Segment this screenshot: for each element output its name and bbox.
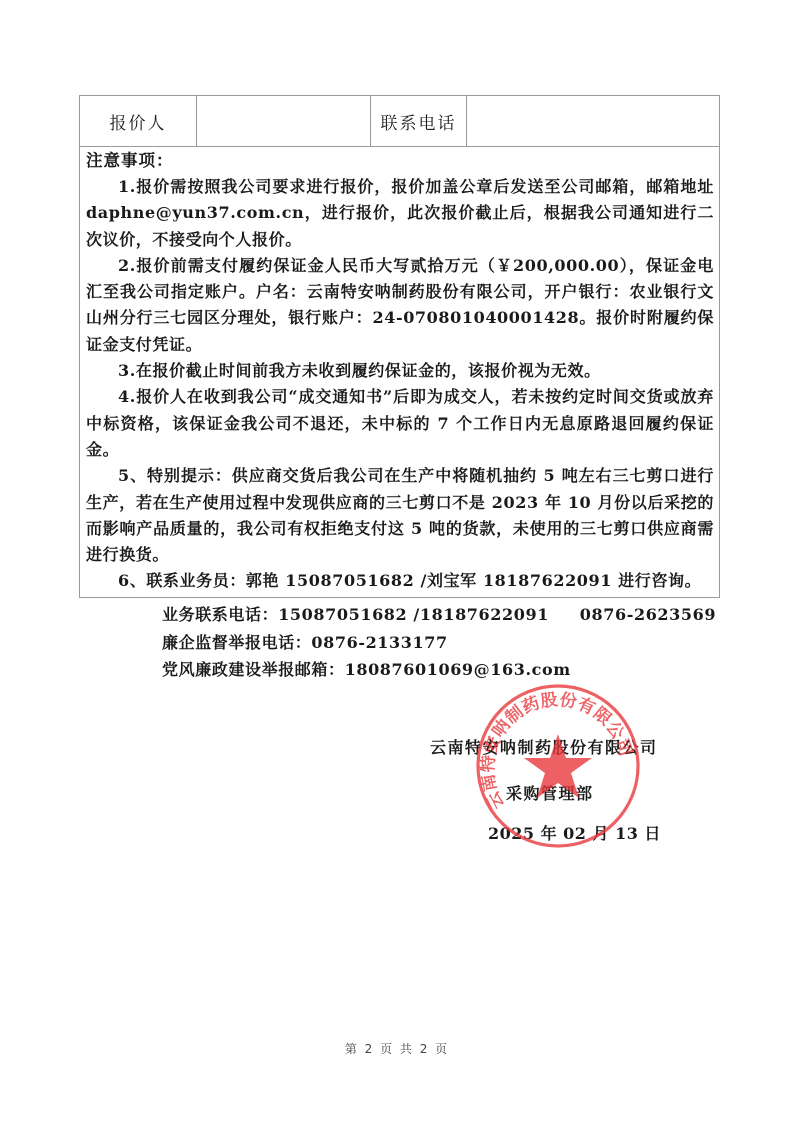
quotation-table: 报价人 联系电话 注意事项： 1.报价需按照我公司要求进行报价，报价加盖公章后发… xyxy=(79,95,720,598)
phone-value-cell xyxy=(467,96,719,146)
contact-block: 业务联系电话：15087051682 /18187622091 0876-262… xyxy=(162,601,722,684)
signature-department: 采购管理部 xyxy=(506,781,594,804)
quoter-row: 报价人 联系电话 xyxy=(80,96,719,147)
notes-title: 注意事项： xyxy=(86,148,714,174)
note-item-1: 1.报价需按照我公司要求进行报价，报价加盖公章后发送至公司邮箱，邮箱地址 dap… xyxy=(86,174,714,253)
note-item-4: 4.报价人在收到我公司“成交通知书”后即为成交人，若未按约定时间交货或放弃中标资… xyxy=(86,384,714,463)
note-item-3: 3.在报价截止时间前我方未收到履约保证金的，该报价视为无效。 xyxy=(86,358,714,384)
phone-label: 联系电话 xyxy=(371,96,467,146)
note-item-2: 2.报价前需支付履约保证金人民币大写贰拾万元（￥200,000.00），保证金电… xyxy=(86,253,714,358)
signature-company: 云南特安呐制药股份有限公司 xyxy=(430,735,658,758)
quoter-value-cell xyxy=(197,96,371,146)
note-item-5: 5、特别提示：供应商交货后我公司在生产中将随机抽约 5 吨左右三七剪口进行生产，… xyxy=(86,463,714,568)
notes-section: 注意事项： 1.报价需按照我公司要求进行报价，报价加盖公章后发送至公司邮箱，邮箱… xyxy=(86,148,714,595)
signature-date: 2025 年 02 月 13 日 xyxy=(488,821,661,844)
report-email-line: 党风廉政建设举报邮箱：18087601069@163.com xyxy=(162,656,722,684)
integrity-hotline-line: 廉企监督举报电话：0876-2133177 xyxy=(162,629,722,657)
page-number: 第 2 页 共 2 页 xyxy=(0,1040,794,1057)
note-item-6: 6、联系业务员：郭艳 15087051682 /刘宝军 18187622091 … xyxy=(86,568,714,594)
document-page: 报价人 联系电话 注意事项： 1.报价需按照我公司要求进行报价，报价加盖公章后发… xyxy=(0,0,794,1123)
business-phone-line: 业务联系电话：15087051682 /18187622091 0876-262… xyxy=(162,601,722,629)
quoter-label: 报价人 xyxy=(80,96,197,146)
